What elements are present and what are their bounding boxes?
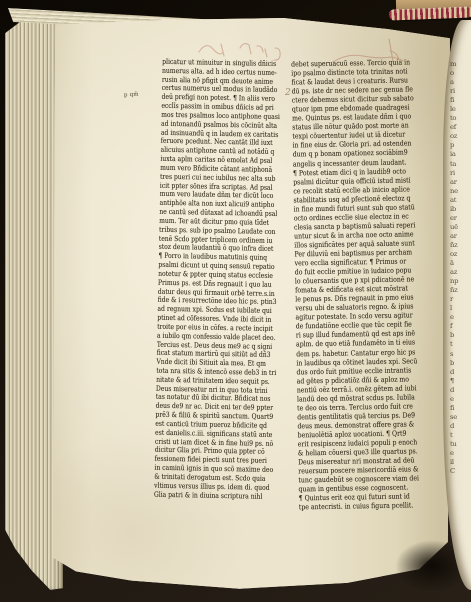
text-line: ficat & laudat deus i creaturis. Rursu: [291, 75, 432, 87]
text-line: cristi ut iam dicet & in fine hui9 ps. n…: [155, 437, 269, 448]
facing-page-curl: moarifiletoefozpiatariarneatiberuēarñzoz…: [443, 20, 471, 590]
text-line: clesia sancta p baptismū saluati reperi: [294, 220, 435, 232]
text-line: est canticū trium pueroz bñdicite qd: [155, 420, 269, 431]
text-line: to: [450, 114, 460, 123]
text-line: fide & i resurrectōne ideo hic ps. ptin3: [158, 296, 272, 307]
text-line: se: [450, 413, 460, 422]
text-line: tpe antecristi. in cuius figura pcellit.: [299, 500, 440, 512]
text-line: e: [450, 395, 460, 404]
text-line: erit resipiscenz iudaici populi p enoch: [298, 437, 439, 449]
text-line: psalmi dicunt ut quinq sensuū repatio: [158, 261, 272, 272]
text-line: s: [450, 350, 460, 359]
text-line: versu ubi de saluatoris regno. & ipius: [295, 301, 436, 313]
text-line: [450, 476, 460, 485]
text-line: icit ppter sōnes ifra scriptas. Ad psal: [160, 181, 274, 192]
text-line: mum vero laudate dñm ter dicūt loco: [160, 190, 274, 201]
text-line: dum q p bonam opationez sociābim9: [293, 147, 434, 159]
text-line: f: [450, 322, 460, 331]
text-line: est danielis.c.iii. significans statū an…: [155, 428, 269, 439]
text-line: tres pueri cui nec iubilus nec alta sub: [160, 172, 274, 183]
text-line: qtuor ipm pme ebdomade quadragesi: [292, 102, 433, 114]
text-line: o: [450, 69, 460, 78]
text-line: dicitur Glia pri. Primo quia ppter cō: [155, 446, 269, 457]
text-line: il: [450, 458, 460, 467]
text-line: beniuolētiā aploz uocationi. ¶ Qrt9: [297, 428, 438, 440]
text-line: Glia patri & in diuina scriptura nihl: [154, 490, 268, 501]
book-photo-scene: p qm̄ 2 plicatur ut minuitur in singulis…: [0, 0, 471, 602]
text-line: in fine mundi futuri sunt sub quo statū: [294, 202, 435, 214]
text-line: in fine eius dr. Gloria pri. ad ostenden: [292, 138, 433, 150]
text-line: stabilitatis usq ad pfectionē electoz q: [293, 193, 434, 205]
text-line: at: [450, 196, 460, 205]
text-line: tota nra sitis & intencō esse deb3 in tr…: [156, 367, 270, 378]
text-line: quam in gentibus esse cognoscent.: [298, 482, 439, 494]
faded-ink-annotation: [137, 22, 467, 122]
text-line: landū deo qd mōstrat scdus ps. Iubila: [297, 392, 438, 404]
text-line: tunc gaudebūt se cognoscere viam dei: [298, 473, 439, 485]
text-line: Tercius est. Deus deus me9 ac q signi: [157, 340, 271, 351]
text-line: oz: [450, 250, 460, 259]
text-line: aplm. de quo etiā fundamēto in ti eius: [296, 337, 437, 349]
text-line: az: [450, 268, 460, 277]
text-line: texpi cōuertentur iudei ut iā dicetur: [292, 129, 433, 141]
text-line: ri: [450, 87, 460, 96]
text-line: t: [450, 431, 460, 440]
text-line: in caminū ignis in quo scō maxime deo: [154, 464, 268, 475]
text-line: tribus ps. sub ipo psalmo Laudate con: [159, 225, 273, 236]
text-line: ta: [450, 160, 460, 169]
text-line: antiphōe alta non iuxt alicui9 antipho: [159, 199, 273, 210]
text-line: le penus ps. Dñs regnauit in pmo eius: [295, 292, 436, 304]
text-line: a: [450, 78, 460, 87]
handwritten-margin-note: p qm̄: [124, 92, 139, 98]
text-line: ne: [450, 187, 460, 196]
text-line: fi: [450, 404, 460, 413]
red-spine-headband: [389, 6, 471, 20]
text-line: ecclīs passim in omibus dñicis ad pri: [161, 102, 275, 113]
text-line: tu: [450, 440, 460, 449]
text-line: ñz: [450, 286, 460, 295]
text-line: b: [450, 331, 460, 340]
text-line: d: [450, 386, 460, 395]
text-line: alicuius antiphone cantū ad notādū q: [160, 146, 274, 157]
text-line: e: [450, 313, 460, 322]
text-line: ficat statum martirū qui sitiūt ad dñ3: [157, 349, 271, 360]
text-line: er: [450, 214, 460, 223]
text-line: ¶ Porro in laudibus matutinis quinq: [158, 252, 272, 263]
text-line: angelis q incessanter deum laudant.: [293, 157, 434, 169]
text-line: prē3 & filiū & spiritū sanctum. Quart9: [155, 411, 269, 422]
text-line: reuersum poscere misericordiā eius &: [298, 464, 439, 476]
text-line: lo cōuersantis que p xpi pdicationē ne: [295, 274, 436, 286]
text-line: [450, 485, 460, 494]
text-line: datur deus qui firmauit orbē terre.s.in: [158, 287, 272, 298]
text-line: rusin alia nō pfigit qm deuote anime: [162, 75, 276, 86]
text-line: ctere debemus sicut dicitur sub sabato: [292, 93, 433, 105]
text-line: Deus misereatur nri in quo tota trini: [156, 384, 270, 395]
text-line: de fundatiōne ecclie que tūc cepit fie: [296, 319, 437, 331]
text-column-left: plicatur ut minuitur in singulis dñicisn…: [154, 58, 299, 507]
text-line: mum. Ter aūt dicitur pmo quia tīdet: [159, 217, 273, 228]
text-line: t: [450, 340, 460, 349]
text-line: te deo ois terra. Tercius ordo fuit cre: [297, 401, 438, 413]
text-line: ipo psalmo distincte tota trinitas noti: [291, 66, 432, 78]
text-line: troite por eius in cōfes. a recte incipi…: [157, 323, 271, 334]
text-line: ¶: [450, 377, 460, 386]
text-line: mum vero Bñdicite cātant antiphonā: [160, 164, 274, 175]
text-line: iuxta aplm caritas nō emolat Ad psal: [160, 155, 274, 166]
open-book-page: p qm̄ 2 plicatur ut minuitur in singulis…: [52, 14, 451, 591]
text-line: agitur potestate. In scdo versu agitur: [295, 310, 436, 322]
text-line: notetur & ppter quinq status ecclesie: [158, 270, 272, 281]
text-line: ar: [450, 178, 460, 187]
facing-page-sliver-text: moarifiletoefozpiatariarneatiberuēarñzoz…: [450, 60, 460, 530]
text-line: ā: [450, 259, 460, 268]
text-line: ib: [450, 205, 460, 214]
text-line: uē: [450, 223, 460, 232]
text-line: ef: [450, 123, 460, 132]
text-line: ñz: [450, 241, 460, 250]
text-line: ¶ Quintus erit eoz qui futuri sunt id: [299, 491, 440, 503]
text-line: psalmi dicūtur quia officiū istud misti: [293, 175, 434, 187]
text-line: ri sup illud fundamentū qd est aps inē: [296, 328, 437, 340]
text-line: ne cantū sed dūtaxat ad ichoandū psal: [159, 208, 273, 219]
handwritten-gutter-number: 2: [285, 88, 291, 98]
text-line: p: [450, 141, 460, 150]
text-line: ad regnum xpi. Scdus est iubilate qui: [157, 305, 271, 316]
text-line: np: [450, 277, 460, 286]
text-line: in laudibus qa cōtinet laudes xpi. Secū: [296, 356, 437, 368]
text-line: e: [450, 449, 460, 458]
text-line: ad gētes p pdicatiōz dñi & aploz mo: [297, 374, 438, 386]
text-line: l: [450, 304, 460, 313]
text-line: deū prefigi non potest. ¶ In aliis vero: [161, 93, 275, 104]
text-line: tas notatur dū ibi dicitur. Bñdicat nos: [156, 393, 270, 404]
text-line: ce recolit statū ecclie ab inicio aplice: [293, 184, 434, 196]
text-line: feruore pcedunt. Nec cantāt illd iuxt: [161, 137, 275, 148]
text-line: fomata & edificata est sicut mōstrat: [295, 283, 436, 295]
text-line: Vnde dicit ibi Sitiuit aīa mea. Et qm: [156, 358, 270, 369]
text-line: status ille nōtur quādo post morte an: [292, 120, 433, 132]
text-line: dem ps. habetur. Cantatur ergo hic ps: [296, 346, 437, 358]
text-line: vltimus versus illius ps. idem di. quod: [154, 481, 268, 492]
text-line: Per diluviū eni baptismus per archam: [294, 247, 435, 259]
text-line: ¶ Potest etiam dici q in laudib9 octo: [293, 166, 434, 178]
text-line: ia: [450, 150, 460, 159]
text-line: dentis gentilitatis quā tercius ps. De9: [297, 410, 438, 422]
text-line: r: [450, 295, 460, 304]
text-line: Primus ps. est Dñs regnauit i quo lau: [158, 278, 272, 289]
text-line: mos tres psalmos loco antiphone quasi: [161, 111, 275, 122]
text-line: numerus alta. ad h ideo certus nume-: [162, 67, 276, 78]
text-line: certus numerus uel modus in laudãdo: [162, 84, 276, 95]
text-line: dū ps. iste dr nec sedere nec genua fle: [291, 84, 432, 96]
text-line: d: [450, 368, 460, 377]
text-line: debet superuacuū esse. Tercio quia in: [291, 57, 432, 69]
text-line: b: [450, 359, 460, 368]
text-line: C: [450, 467, 460, 476]
text-line: octo ordines ecclie siue electoz in ec: [294, 211, 435, 223]
text-column-right: debet superuacuū esse. Tercio quia inipo…: [291, 57, 463, 518]
gutter-shadow: [390, 540, 460, 598]
text-line: nentiū oēz terrā.i. omēz gētem ad iubi: [297, 383, 438, 395]
text-line: me. Quintus ps. est laudate dñm i quo: [292, 111, 433, 123]
text-line: untur sicut & in archa noe octo anime: [294, 229, 435, 241]
text-line: deus meus. demonstrat offere gras &: [297, 419, 438, 431]
text-line: & heliam cōuersi que3 ille quartus ps.: [298, 446, 439, 458]
text-line: fessionem fidei piecti sunt tres pueri: [154, 455, 268, 466]
text-line: oz: [450, 132, 460, 141]
text-line: Deus misereatur nri monstrat ad deū: [298, 455, 439, 467]
text-line: ad intonandū psalmos bis cōcinūt alta: [161, 120, 275, 131]
text-line: stoz deum laudantiū ō quo infra dicet: [159, 243, 273, 254]
text-line: tenē Scdo ppter triplicem ordinem iu: [159, 234, 273, 245]
text-line: ptinet ad cōfessores. Vnde ibi dicit in: [157, 314, 271, 325]
text-line: plicatur ut minuitur in singulis dñicis: [162, 58, 276, 69]
text-line: dus ordo fuit pmitiue ecclie intrantis: [296, 365, 437, 377]
text-line: le: [450, 105, 460, 114]
text-line: vero ecclia significatur. ¶ Primus or: [294, 256, 435, 268]
text-line: do fuit ecclie pmitiue in iudaico popu: [295, 265, 436, 277]
text-line: m: [450, 60, 460, 69]
text-line: ri: [450, 169, 460, 178]
text-line: ar: [450, 232, 460, 241]
text-line: illos significātes per aquā saluate sunt: [294, 238, 435, 250]
text-line: a iubilo qm confessio valde placet deo.: [157, 331, 271, 342]
text-line: d: [450, 422, 460, 431]
text-line: & trinitati derogatum est. Scdo quia: [154, 473, 268, 484]
text-line: ad insinuandū q in laudem ex caritatis: [161, 128, 275, 139]
text-line: nitate & ad trinitatem ideo sequit ps.: [156, 375, 270, 386]
text-line: deus de9 nr ac. Dicit eni ter de9 ppter: [156, 402, 270, 413]
text-line: fi: [450, 96, 460, 105]
